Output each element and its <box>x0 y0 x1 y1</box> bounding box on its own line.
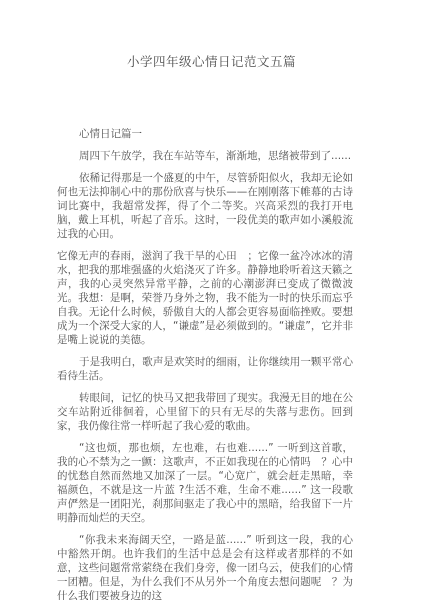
document-title: 小学四年级心情日记范文五篇 <box>0 53 423 70</box>
paragraph-6: “这也烦，那也烦，左也难，右也难......” 一听到这首歌，我的心不禁为之一颤… <box>57 441 353 525</box>
document-page: 小学四年级心情日记范文五篇 心情日记篇一 周四下午放学，我在车站等车，渐渐地，思… <box>0 0 423 600</box>
paragraph-3: 它像无声的春雨，滋润了我干旱的心田 ；它像一盆冷冰冰的清水，把我的那堆强盛的火焰… <box>57 249 353 347</box>
document-body: 心情日记篇一 周四下午放学，我在车站等车，渐渐地，思绪被带到了...... 依稀… <box>57 127 353 600</box>
paragraph-4: 于是我明白，歌声是欢笑时的细雨，让你继续用一颗平常心看待生活。 <box>57 355 353 383</box>
paragraph-7: “你我未来海阔天空，一路是蓝......” 听到这一段，我的心中豁然开朗。也许我… <box>57 533 353 600</box>
paragraph-5: 转眼间，记忆的快马又把我带回了现实。我漫无目的地在公交车站附近徘徊着，心里留下的… <box>57 391 353 433</box>
section-heading: 心情日记篇一 <box>57 127 353 141</box>
paragraph-2: 依稀记得那是一个盛夏的中午，尽管骄阳似火，我却无论如何也无法抑制心中的那份欣喜与… <box>57 171 353 241</box>
paragraph-1: 周四下午放学，我在车站等车，渐渐地，思绪被带到了...... <box>57 149 353 163</box>
